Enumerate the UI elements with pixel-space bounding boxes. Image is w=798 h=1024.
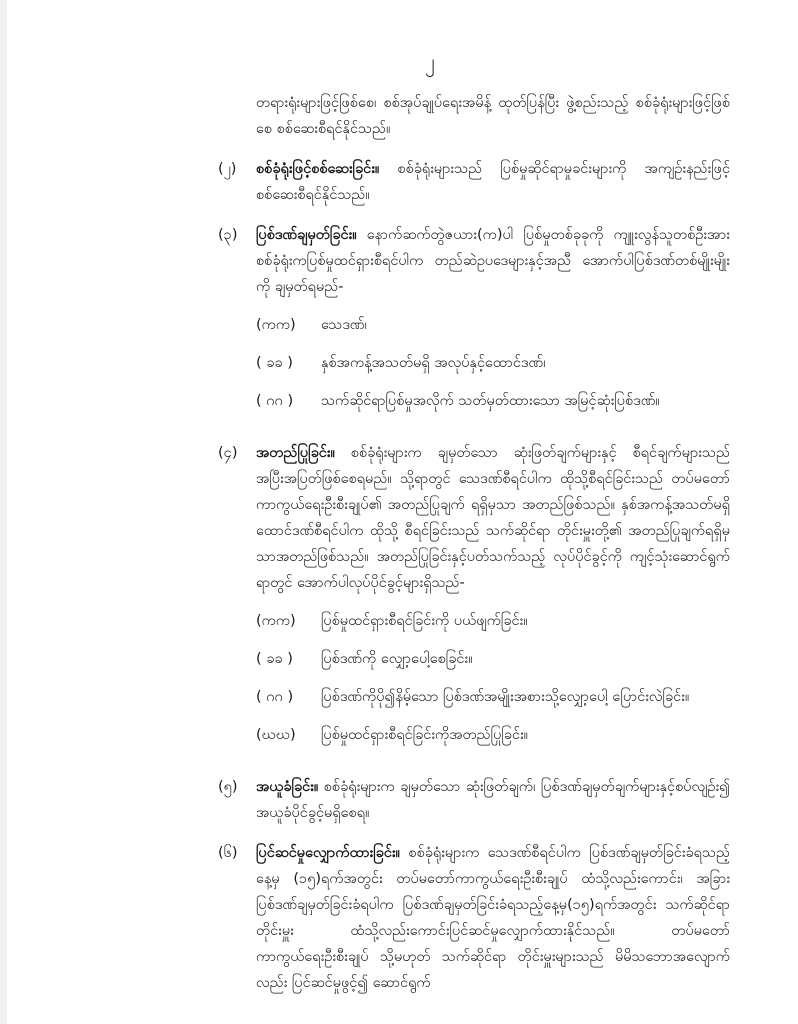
document-body: တရားရုံးများဖြင့်ဖြစ်စေ၊ စစ်အုပ်ချုပ်ရေး… bbox=[218, 90, 730, 1010]
section-label: (၂) bbox=[218, 156, 256, 208]
document-page: ၂ တရားရုံးများဖြင့်ဖြစ်စေ၊ စစ်အုပ်ချုပ်ရ… bbox=[0, 0, 798, 1024]
item-label: ( ခခ ) bbox=[256, 646, 321, 672]
section-text: စစ်ခုံရုံးများက သေဒဏ်စီရင်ပါက ပြစ်ဒဏ်ချမ… bbox=[256, 845, 730, 991]
section-2: (၂) စစ်ခုံရုံးဖြင့်စစ်ဆေးခြင်း။ စစ်ခုံရု… bbox=[218, 156, 730, 208]
item-text: ပြစ်ဒဏ်ကို လျှော့ပေါ့စေခြင်း။ bbox=[321, 646, 730, 672]
section-5: (၅) အယူခံခြင်း။ စစ်ခုံရုံးများက ချမှတ်သေ… bbox=[218, 774, 730, 826]
section-text: စစ်ခုံရုံးများက ချမှတ်သော ဆုံးဖြတ်ချက်၊ … bbox=[256, 779, 730, 821]
page-number: ၂ bbox=[418, 48, 442, 74]
item-label: ( ခခ ) bbox=[256, 350, 321, 376]
list-item: (ဃဃ) ပြစ်မှုထင်ရှားစီရင်ခြင်းကိုအတည်ပြုခ… bbox=[256, 722, 730, 748]
list-item: ( ဂဂ ) ပြစ်ဒဏ်ကိုပို၍နိမ့်သော ပြစ်ဒဏ်အမျ… bbox=[256, 684, 730, 710]
section-heading: အယူခံခြင်း။ bbox=[256, 779, 318, 795]
list-item: (ကက) သေဒဏ်၊ bbox=[256, 312, 730, 338]
item-text: ပြစ်ဒဏ်ကိုပို၍နိမ့်သော ပြစ်ဒဏ်အမျိုးအစား… bbox=[321, 684, 730, 710]
section-body: စစ်ခုံရုံးဖြင့်စစ်ဆေးခြင်း။ စစ်ခုံရုံးမျ… bbox=[256, 156, 730, 208]
item-text: သက်ဆိုင်ရာပြစ်မှုအလိုက် သတ်မှတ်ထားသော အမ… bbox=[321, 388, 730, 414]
item-text: သေဒဏ်၊ bbox=[321, 312, 730, 338]
list-item: (ကက) ပြစ်မှုထင်ရှားစီရင်ခြင်းကို ပယ်ဖျက်… bbox=[256, 608, 730, 634]
item-label: (ကက) bbox=[256, 608, 321, 634]
item-label: (ဃဃ) bbox=[256, 722, 321, 748]
section-label: (၃) bbox=[218, 222, 256, 426]
section-body: အတည်ပြုခြင်း။ စစ်ခုံရုံးများက ချမှတ်သော … bbox=[256, 440, 730, 760]
penalty-list: (ကက) သေဒဏ်၊ ( ခခ ) နှစ်အကန့်အသတ်မရှိ အလု… bbox=[256, 312, 730, 414]
item-text: နှစ်အကန့်အသတ်မရှိ အလုပ်နှင့်ထောင်ဒဏ်၊ bbox=[321, 350, 730, 376]
section-6: (၆) ပြင်ဆင်မှုလျှောက်ထားခြင်း။ စစ်ခုံရုံ… bbox=[218, 840, 730, 996]
item-text: ပြစ်မှုထင်ရှားစီရင်ခြင်းကိုအတည်ပြုခြင်း။ bbox=[321, 722, 730, 748]
list-item: ( ဂဂ ) သက်ဆိုင်ရာပြစ်မှုအလိုက် သတ်မှတ်ထာ… bbox=[256, 388, 730, 414]
section-body: ပြင်ဆင်မှုလျှောက်ထားခြင်း။ စစ်ခုံရုံးမျာ… bbox=[256, 840, 730, 996]
section-3: (၃) ပြစ်ဒဏ်ချမှတ်ခြင်း။ နောက်ဆက်တွဲဇယား(… bbox=[218, 222, 730, 426]
section-heading: ပြစ်ဒဏ်ချမှတ်ခြင်း။ bbox=[256, 227, 357, 243]
section-label: (၅) bbox=[218, 774, 256, 826]
section-label: (၆) bbox=[218, 840, 256, 996]
item-text: ပြစ်မှုထင်ရှားစီရင်ခြင်းကို ပယ်ဖျက်ခြင်း… bbox=[321, 608, 730, 634]
item-label: ( ဂဂ ) bbox=[256, 684, 321, 710]
section-heading: အတည်ပြုခြင်း။ bbox=[256, 445, 335, 461]
section-body: ပြစ်ဒဏ်ချမှတ်ခြင်း။ နောက်ဆက်တွဲဇယား(က)ပါ… bbox=[256, 222, 730, 426]
section-4: (၄) အတည်ပြုခြင်း။ စစ်ခုံရုံးများက ချမှတ်… bbox=[218, 440, 730, 760]
section-text: စစ်ခုံရုံးများက ချမှတ်သော ဆုံးဖြတ်ချက်မျ… bbox=[256, 445, 730, 591]
section-heading: ပြင်ဆင်မှုလျှောက်ထားခြင်း။ bbox=[256, 845, 400, 861]
list-item: ( ခခ ) ပြစ်ဒဏ်ကို လျှော့ပေါ့စေခြင်း။ bbox=[256, 646, 730, 672]
item-label: (ကက) bbox=[256, 312, 321, 338]
powers-list: (ကက) ပြစ်မှုထင်ရှားစီရင်ခြင်းကို ပယ်ဖျက်… bbox=[256, 608, 730, 748]
section-label: (၄) bbox=[218, 440, 256, 760]
list-item: ( ခခ ) နှစ်အကန့်အသတ်မရှိ အလုပ်နှင့်ထောင်… bbox=[256, 350, 730, 376]
section-heading: စစ်ခုံရုံးဖြင့်စစ်ဆေးခြင်း။ bbox=[256, 161, 379, 177]
continuation-paragraph: တရားရုံးများဖြင့်ဖြစ်စေ၊ စစ်အုပ်ချုပ်ရေး… bbox=[218, 90, 730, 142]
item-label: ( ဂဂ ) bbox=[256, 388, 321, 414]
section-body: အယူခံခြင်း။ စစ်ခုံရုံးများက ချမှတ်သော ဆု… bbox=[256, 774, 730, 826]
